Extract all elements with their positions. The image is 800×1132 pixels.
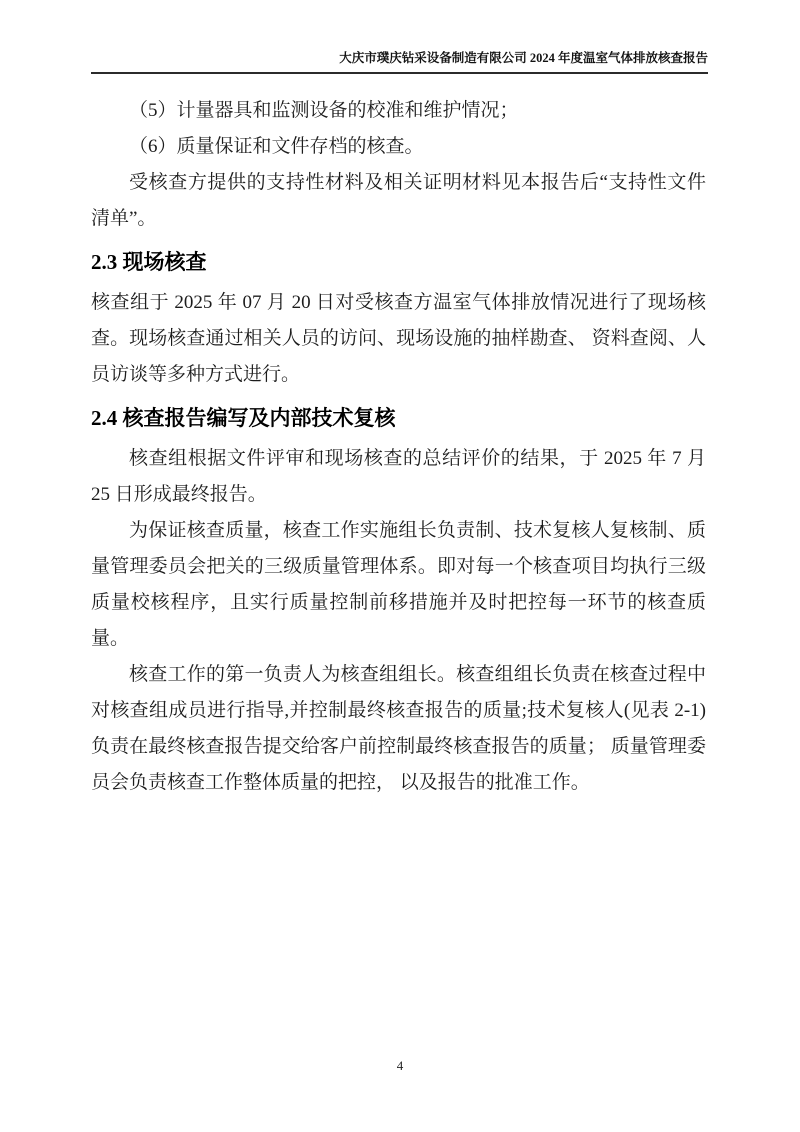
- running-header-title: 大庆市璞庆钻采设备制造有限公司 2024 年度温室气体排放核查报告: [339, 51, 708, 65]
- section-heading-2-3: 2.3 现场核查: [91, 242, 706, 282]
- list-item-5: （5）计量器具和监测设备的校准和维护情况；: [91, 93, 706, 129]
- paragraph-supporting-materials: 受核查方提供的支持性材料及相关证明材料见本报告后“支持性文件清单”。: [91, 165, 706, 237]
- document-page: 大庆市璞庆钻采设备制造有限公司 2024 年度温室气体排放核查报告 （5）计量器…: [0, 0, 800, 1132]
- page-number: 4: [397, 1058, 404, 1073]
- page-header: 大庆市璞庆钻采设备制造有限公司 2024 年度温室气体排放核查报告: [91, 50, 708, 74]
- paragraph-onsite-verification: 核查组于 2025 年 07 月 20 日对受核查方温室气体排放情况进行了现场核…: [91, 285, 706, 393]
- list-item-6: （6）质量保证和文件存档的核查。: [91, 129, 706, 165]
- paragraph-quality-management-system: 为保证核查质量，核查工作实施组长负责制、技术复核人复核制、质量管理委员会把关的三…: [91, 513, 706, 657]
- paragraph-responsibilities: 核查工作的第一负责人为核查组组长。核查组组长负责在核查过程中对核查组成员进行指导…: [91, 657, 706, 801]
- page-footer: 4: [0, 1058, 800, 1074]
- section-heading-2-4: 2.4 核查报告编写及内部技术复核: [91, 398, 706, 438]
- paragraph-final-report-date: 核查组根据文件评审和现场核查的总结评价的结果，于 2025 年 7 月 25 日…: [91, 441, 706, 513]
- document-body: （5）计量器具和监测设备的校准和维护情况； （6）质量保证和文件存档的核查。 受…: [91, 93, 706, 801]
